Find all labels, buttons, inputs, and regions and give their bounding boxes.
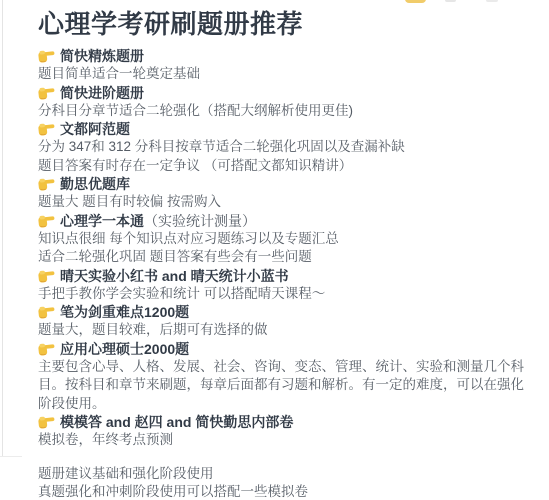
book-item-header: 模模答 and 赵四 and 简快勤思内部卷 xyxy=(38,413,535,431)
book-item-description: 真题强化和冲刺阶段使用可以搭配一些模拟卷 xyxy=(38,483,535,500)
cropped-text-remnant-2 xyxy=(486,0,498,2)
book-item-header: 勤思优题库 xyxy=(38,175,535,193)
pointing-right-icon xyxy=(38,175,55,193)
book-item-description: 分科目分章节适合二轮强化（搭配大纲解析使用更佳) xyxy=(38,102,535,120)
book-item-header: 应用心理硕士2000题 xyxy=(38,340,535,358)
book-item-description: 模拟卷，年终考点预测 xyxy=(38,431,535,449)
book-item-description: 题册建议基础和强化阶段使用 xyxy=(38,465,535,483)
book-item-header: 晴天实验小红书 and 晴天统计小蓝书 xyxy=(38,267,535,285)
book-title: 晴天实验小红书 and 晴天统计小蓝书 xyxy=(60,268,289,284)
recommendation-list: 简快精炼题册 题目简单适合一轮奠定基础 简快进阶题册 分科目分章节适合二轮强化（… xyxy=(38,47,535,500)
page-title: 心理学考研刷题册推荐 xyxy=(38,8,535,40)
pointing-right-icon xyxy=(38,340,55,358)
book-item-description: 主要包含心导、人格、发展、社会、咨询、变态、管理、统计、实验和测量几个科目。按科… xyxy=(38,358,535,413)
book-title-note: （实验统计测量） xyxy=(144,213,256,229)
book-item-description: 适合二轮强化巩固 题目答案有些会有一些问题 xyxy=(38,248,535,266)
book-item-header: 简快精炼题册 xyxy=(38,47,535,65)
book-item-header: 文都阿范题 xyxy=(38,120,535,138)
book-item-description: 知识点很细 每个知识点对应习题练习以及专题汇总 xyxy=(38,230,535,248)
pointing-right-icon xyxy=(38,120,55,138)
book-item-header: 简快进阶题册 xyxy=(38,84,535,102)
pointing-right-icon xyxy=(38,267,55,285)
pointing-right-icon xyxy=(38,84,55,102)
book-item-description: 题目答案有时存在一定争议 （可搭配文都知识精讲） xyxy=(38,157,535,175)
left-border-corner xyxy=(0,456,22,457)
book-title: 简快精炼题册 xyxy=(60,48,144,64)
book-item-header: 笔为剑重难点1200题 xyxy=(38,303,535,321)
book-item-description: 题目简单适合一轮奠定基础 xyxy=(38,65,535,83)
left-border-line xyxy=(2,0,3,457)
pointing-right-icon xyxy=(38,47,55,65)
book-item-description: 题量大，题目较难，后期可有选择的做 xyxy=(38,321,535,339)
book-title: 模模答 and 赵四 and 简快勤思内部卷 xyxy=(60,414,293,430)
document-content: 心理学考研刷题册推荐 简快精炼题册 题目简单适合一轮奠定基础 简快进阶题册 分科… xyxy=(38,8,535,500)
book-title: 简快进阶题册 xyxy=(60,85,144,101)
book-item-header: 心理学一本通（实验统计测量） xyxy=(38,212,535,230)
book-item-description: 题量大 题目有时较偏 按需购入 xyxy=(38,193,535,211)
cropped-emoji-remnant xyxy=(405,0,426,3)
book-title: 应用心理硕士2000题 xyxy=(60,341,189,357)
pointing-right-icon xyxy=(38,212,55,230)
book-title: 文都阿范题 xyxy=(60,121,130,137)
pointing-right-icon xyxy=(38,303,55,321)
book-item-description: 手把手教你学会实验和统计 可以搭配晴天课程～ xyxy=(38,285,535,303)
blank-line xyxy=(38,450,535,465)
book-title: 勤思优题库 xyxy=(60,176,130,192)
book-item-description: 分为 347和 312 分科目按章节适合二轮强化巩固以及查漏补缺 xyxy=(38,138,535,156)
book-title: 笔为剑重难点1200题 xyxy=(60,304,189,320)
cropped-text-remnant-1 xyxy=(445,0,456,2)
book-title: 心理学一本通 xyxy=(60,213,144,229)
pointing-right-icon xyxy=(38,413,55,431)
